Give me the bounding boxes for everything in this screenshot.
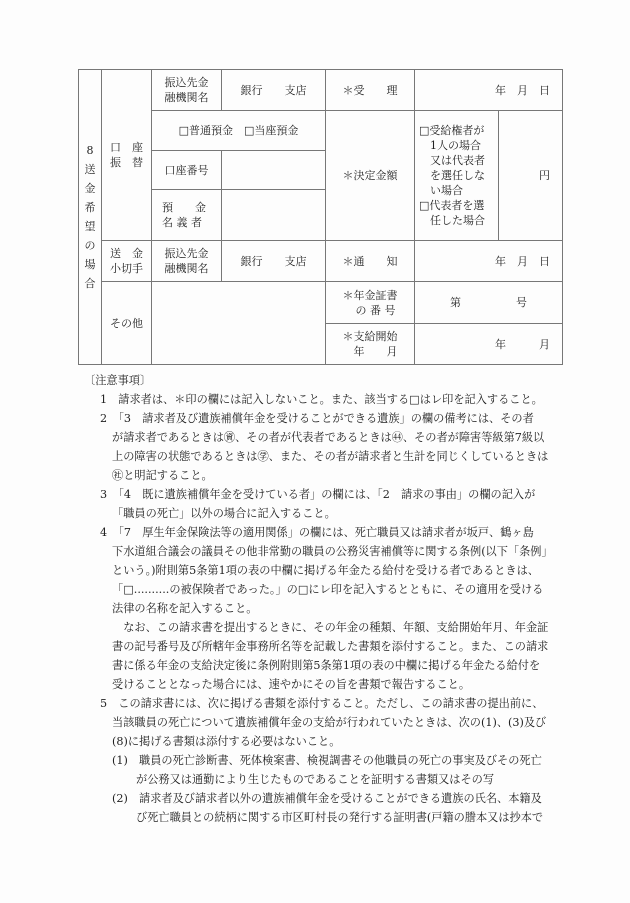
account-holder-field[interactable] bbox=[221, 189, 326, 241]
bank-name-label-2: 振込先金 融機関名 bbox=[151, 240, 222, 282]
note-line: 4 「7 厚生年金保険法等の適用関係」の欄には、死亡職員又は請求者が坂戸、鶴ヶ島 bbox=[88, 523, 566, 542]
note-line: が請求者であるときは㊮、その者が代表者であるときは㊹、その者が障害等級第7級以 bbox=[88, 428, 566, 447]
label-char: 場 bbox=[85, 255, 96, 274]
label-char: 金 bbox=[85, 179, 96, 198]
account-transfer-label: 口 座 振 替 bbox=[101, 69, 152, 241]
note-line: なお、この請求書を提出するときに、その年金の種類、年額、支給開始年月、年金証 bbox=[88, 618, 566, 637]
note-line: 1 請求者は、＊印の欄には記入しないこと。また、該当する□はレ印を記入すること。 bbox=[88, 390, 566, 409]
account-number-label: 口座番号 bbox=[151, 150, 222, 190]
decided-amount-label: ＊決定金額 bbox=[325, 110, 415, 241]
section-8-label: 8 送 金 希 望 の 場 合 bbox=[78, 69, 102, 365]
account-number-field[interactable] bbox=[221, 150, 326, 190]
label-char: 望 bbox=[85, 217, 96, 236]
remittance-table: 8 送 金 希 望 の 場 合 口 座 振 替 振込先金 融機関名 銀行 支店 … bbox=[78, 69, 563, 365]
notice-date-field[interactable]: 年 月 日 bbox=[414, 240, 563, 282]
note-line: 5 この請求書には、次に掲げる書類を添付すること。ただし、この請求書の提出前に、 bbox=[88, 694, 566, 713]
label-char: 合 bbox=[85, 274, 96, 293]
bank-branch-field[interactable]: 銀行 支店 bbox=[221, 69, 326, 111]
note-line: 「職員の死亡」以外の場合に記入すること。 bbox=[88, 504, 566, 523]
note-line: 当該職員の死亡について遺族補償年金の支給が行われていたときは、次の(1)、(3)… bbox=[88, 713, 566, 732]
label-char: 8 bbox=[87, 141, 94, 160]
note-line: という。)附則第5条第1項の表の中欄に掲げる年金たる給付を受ける者であるときは、 bbox=[88, 561, 566, 580]
note-line: び死亡職員との続柄に関する市区町村長の発行する証明書(戸籍の謄本又は抄本で bbox=[88, 808, 566, 827]
other-field[interactable] bbox=[151, 281, 326, 365]
note-line: 「□..........の被保険者であった。」の□にレ印を記入するとともに、その… bbox=[88, 580, 566, 599]
label-char: 希 bbox=[85, 198, 96, 217]
note-line: 3 「4 既に遺族補償年金を受けている者」の欄には、「2 請求の事由」の欄の記入… bbox=[88, 485, 566, 504]
note-line: 受けることとなった場合には、速やかにその旨を書類で報告すること。 bbox=[88, 675, 566, 694]
notes-heading: 〔注意事項〕 bbox=[84, 371, 566, 390]
beneficiary-options[interactable]: □受給権者が 1人の場合 又は代表者 を選任しな い場合 □代表者を選 任した場… bbox=[414, 110, 499, 241]
certificate-number-field[interactable]: 第 号 bbox=[414, 281, 563, 324]
note-line: 書に係る年金の支給決定後に条例附則第5条第1項の表の中欄に掲げる年金たる給付を bbox=[88, 656, 566, 675]
note-line: 書の記号番号及び所轄年金事務所名等を記載した書類を添付すること。また、この請求 bbox=[88, 637, 566, 656]
received-label: ＊受 理 bbox=[325, 69, 415, 111]
deposit-type-checkboxes[interactable]: □普通預金 □当座預金 bbox=[151, 110, 326, 151]
other-label: その他 bbox=[101, 281, 152, 365]
certificate-number-label: ＊年金証書 の 番 号 bbox=[325, 281, 415, 324]
bank-name-label: 振込先金 融機関名 bbox=[151, 69, 222, 111]
received-date-field[interactable]: 年 月 日 bbox=[414, 69, 563, 111]
notice-label: ＊通 知 bbox=[325, 240, 415, 282]
note-line: (2) 請求者及び請求者以外の遺族補償年金を受けることができる遺族の氏名、本籍及 bbox=[88, 789, 566, 808]
label-char: の bbox=[85, 236, 96, 255]
note-line: (1) 職員の死亡診断書、死体検案書、検視調書その他職員の死亡の事実及びその死亡 bbox=[88, 751, 566, 770]
note-line: 2 「3 請求者及び遺族補償年金を受けることができる遺族」の欄の備考には、その者 bbox=[88, 409, 566, 428]
note-line: 法律の名称を記入すること。 bbox=[88, 599, 566, 618]
payment-start-field[interactable]: 年 月 bbox=[414, 323, 563, 365]
bank-branch-field-2[interactable]: 銀行 支店 bbox=[221, 240, 326, 282]
decided-amount-field[interactable]: 円 bbox=[498, 110, 563, 241]
notes-section: 〔注意事項〕 1 請求者は、＊印の欄には記入しないこと。また、該当する□はレ印を… bbox=[88, 371, 566, 827]
payment-start-label: ＊支給開始 年 月 bbox=[325, 323, 415, 365]
account-holder-label: 預 金 名 義 者 bbox=[151, 189, 222, 241]
note-line: (8)に掲げる書類は添付する必要はないこと。 bbox=[88, 732, 566, 751]
label-char: 送 bbox=[85, 160, 96, 179]
note-line: ㊓と明記すること。 bbox=[88, 466, 566, 485]
remittance-check-label: 送 金 小切手 bbox=[101, 240, 152, 282]
note-line: が公務又は通勤により生じたものであることを証明する書類又はその写 bbox=[88, 770, 566, 789]
note-line: 上の障害の状態であるときは㊫、また、その者が請求者と生計を同じくしているときは bbox=[88, 447, 566, 466]
note-line: 下水道組合議会の議員その他非常勤の職員の公務災害補償等に関する条例(以下「条例」 bbox=[88, 542, 566, 561]
